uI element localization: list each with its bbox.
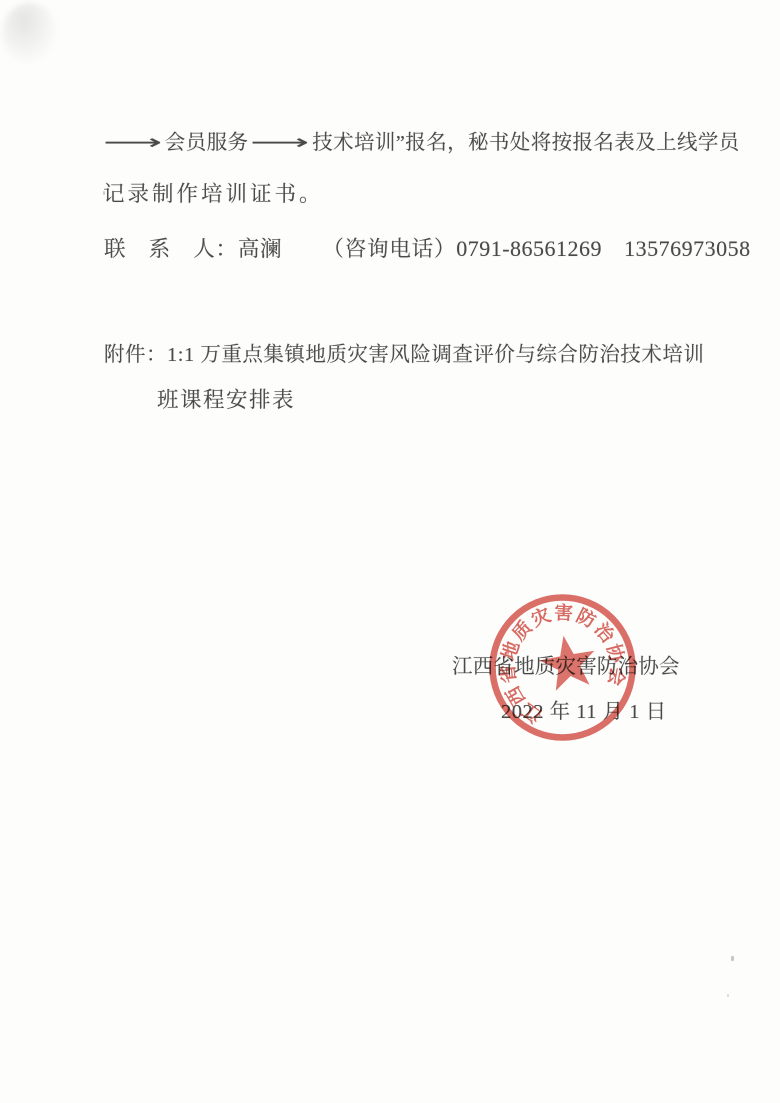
phone-note-label: （咨询电话） [322,237,456,261]
document-page: ⟶会员服务⟶技术培训”报名，秘书处将按报名表及上线学员 记录制作培训证书。 联 … [0,0,780,1103]
contact-label: 联 系 人： [104,237,238,261]
scan-speck [727,994,729,997]
menu-path-item: 会员服务 [165,132,249,154]
arrow-right-icon: ⟶ [251,132,311,153]
body-line-2: 记录制作培训证书。 [103,184,324,206]
official-seal-stamp: 江西省地质灾害防治协会 [487,592,638,743]
contact-line: 联 系 人：高澜（咨询电话）0791-8656126913576973058 [104,238,751,261]
star-icon [536,631,600,693]
scan-speck [103,191,105,195]
phone-number-1: 0791-86561269 [456,236,602,261]
attachment-line-2: 班课程安排表 [157,390,295,412]
phone-number-2: 13576973058 [624,236,751,261]
arrow-right-icon: ⟶ [103,132,163,153]
body-line-1: ⟶会员服务⟶技术培训”报名，秘书处将按报名表及上线学员 [101,132,740,154]
scan-smudge [2,3,57,63]
body-line-1-text: 技术培训”报名，秘书处将按报名表及上线学员 [312,132,740,154]
scan-speck [731,956,734,961]
contact-name: 高澜 [238,237,283,261]
attachment-line-1: 附件：1:1 万重点集镇地质灾害风险调查评价与综合防治技术培训 [104,345,704,366]
